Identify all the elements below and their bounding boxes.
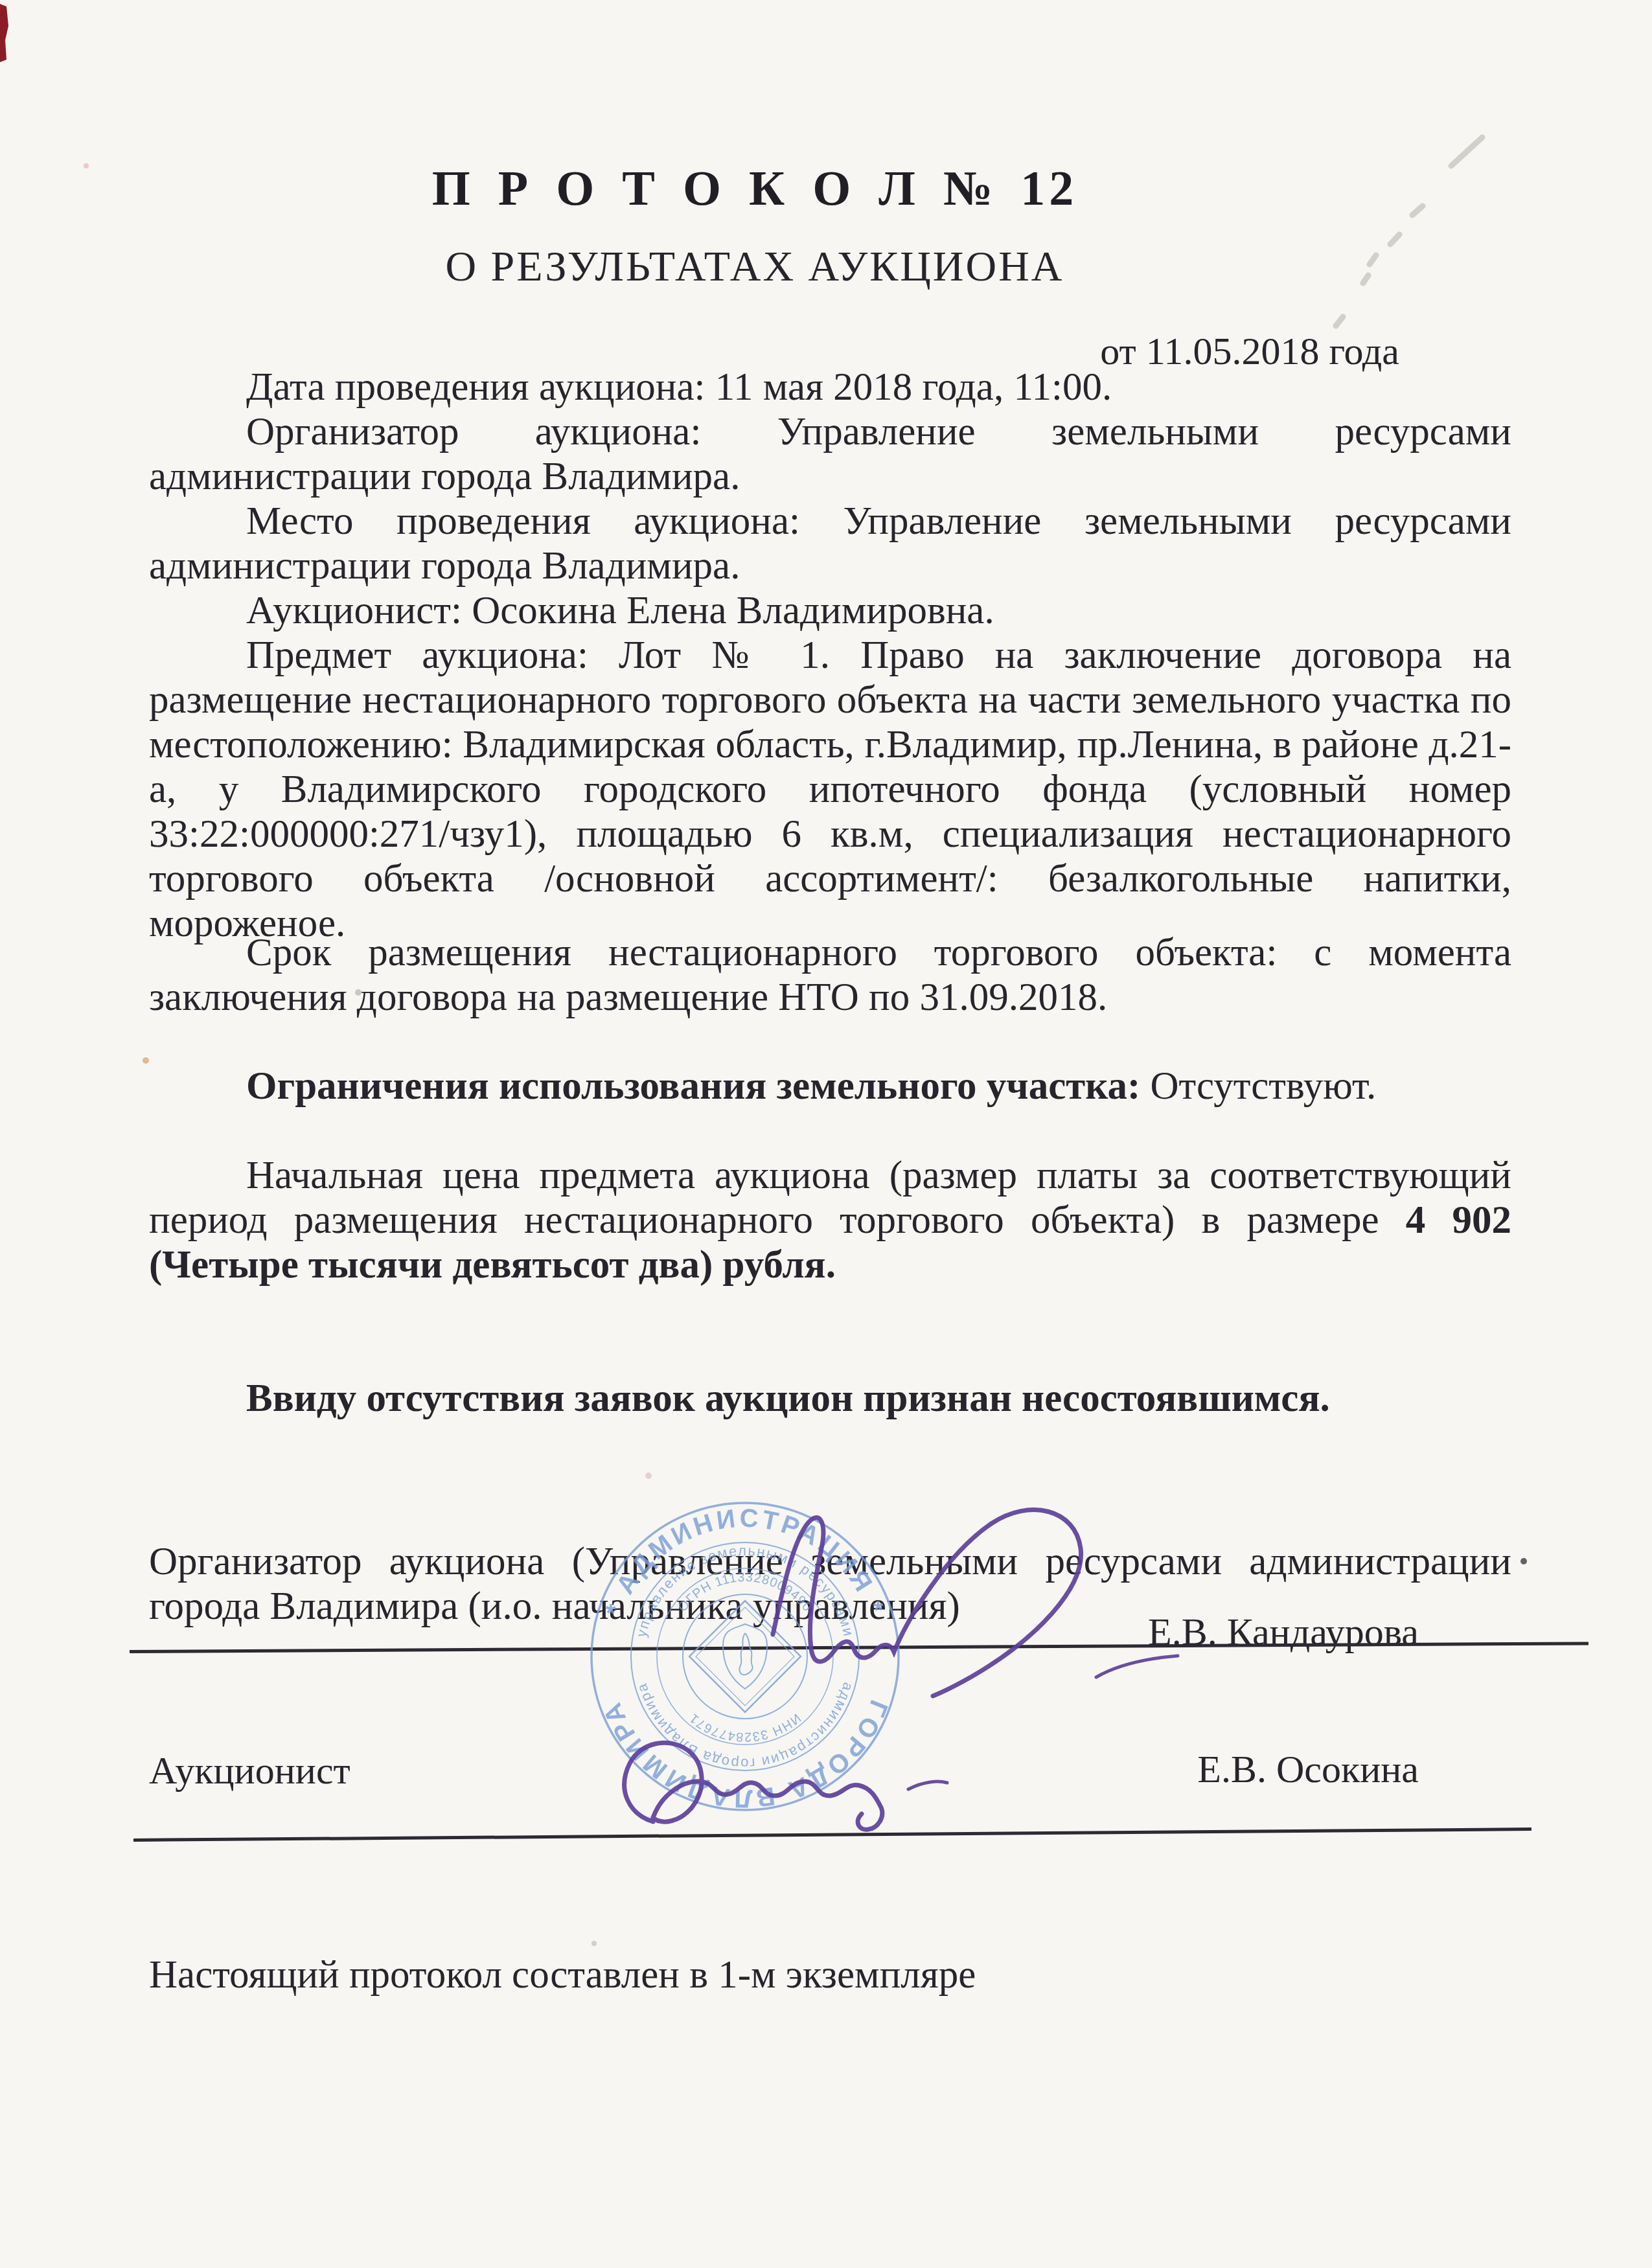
paragraph-auction-failed: Ввиду отсутствия заявок аукцион признан … — [149, 1376, 1511, 1421]
copies-note: Настоящий протокол составлен в 1-м экзем… — [149, 1953, 1250, 1998]
paragraph-organizer: Организатор аукциона: Управление земельн… — [149, 409, 1511, 499]
signature-line-auctioneer — [133, 1827, 1532, 1842]
paragraph-auction-date: Дата проведения аукциона: 11 мая 2018 го… — [149, 365, 1511, 409]
paragraph-start-price: Начальная цена предмета аукциона (размер… — [149, 1153, 1511, 1287]
page-title: П Р О Т О К О Л № 12 — [149, 161, 1360, 217]
paragraph-restrictions: Ограничения использования земельного уча… — [149, 1064, 1511, 1108]
page-subtitle: О РЕЗУЛЬТАТАХ АУКЦИОНА — [149, 242, 1360, 292]
paragraph-venue: Место проведения аукциона: Управление зе… — [149, 499, 1511, 588]
scanned-protocol-page: П Р О Т О К О Л № 12 О РЕЗУЛЬТАТАХ АУКЦИ… — [0, 0, 1652, 2268]
paragraph-placement-term: Срок размещения нестационарного торговог… — [149, 930, 1511, 1020]
stamp-ring-inner-bottom-text: ИНН 3328477671 — [687, 1711, 803, 1745]
auctioneer-signature-name: Е.В. Осокина — [149, 1748, 1419, 1791]
scan-edge-artifact — [0, 4, 8, 62]
paragraph-auctioneer: Аукционист: Осокина Елена Владимировна. — [149, 588, 1511, 633]
svg-text:ИНН 3328477671: ИНН 3328477671 — [687, 1711, 803, 1745]
paragraph-subject: Предмет аукциона: Лот № 1. Право на закл… — [149, 633, 1511, 946]
